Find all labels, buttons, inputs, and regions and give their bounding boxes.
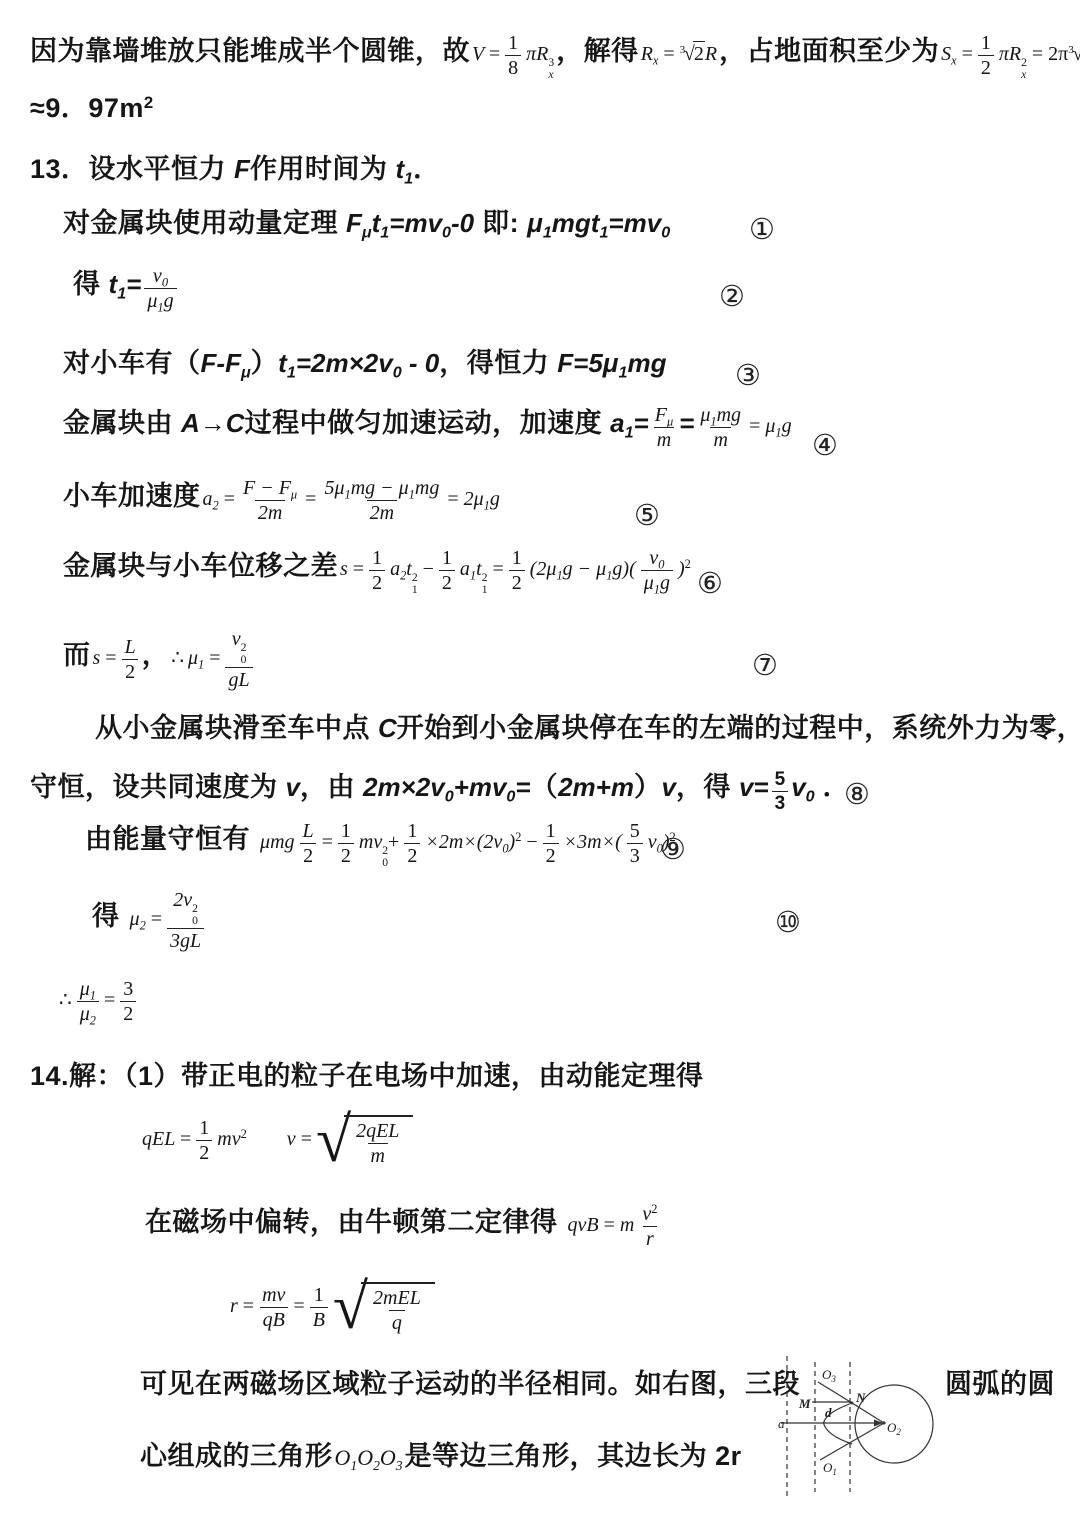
particle-trajectory-figure: a M d N O3 O2 O1 [778, 1352, 940, 1507]
denominator: q [389, 1310, 405, 1334]
radicand: 2qELm [344, 1115, 413, 1168]
figure-geometry [781, 1356, 933, 1496]
cjk-text: 金属块与小车位移之差 [63, 551, 338, 581]
numerator: μ1mg [697, 404, 744, 426]
equation-line-6: 金属块与小车位移之差s =12a2t21 −12a1t21 =12(2μ1g −… [63, 547, 693, 596]
math-run: r = [230, 1295, 254, 1317]
fraction: v0μ1g [641, 547, 673, 595]
cjk-text: 可见在两磁场区域粒子运动的半径相同。如右图，三段 [140, 1369, 800, 1399]
paragraph-arcs-2: 心组成的三角形O1O2O3是等边三角形，其边长为 2r [140, 1440, 742, 1474]
ratio-conclusion-line: ∴μ1μ2=32 [57, 978, 139, 1026]
numerator: mv [259, 1284, 288, 1306]
math-run: = 2μ1g [447, 488, 500, 510]
cjk-text: ≈9．97m2 [30, 93, 154, 123]
math-run: 2m×2v0+mv0= [363, 772, 531, 802]
math-run: 2m+m [558, 772, 634, 802]
denominator: 2 [439, 570, 455, 594]
equation-line-3: 对小车有（F-Fμ）t1=2m×2v0 - 0，得恒力 F=5μ1mg [63, 347, 666, 381]
fraction: Fμm [652, 404, 676, 452]
numerator: F − Fμ [240, 477, 300, 499]
problem-14-heading: 14.解：（1）带正电的粒子在电场中加速，由动能定理得 [30, 1060, 704, 1094]
math-run: ×2m×(2v0)2 − [425, 831, 537, 853]
numerator: μ1 [77, 978, 99, 1000]
math-run: = [104, 989, 115, 1011]
cjk-text: 14.解：（1）带正电的粒子在电场中加速，由动能定理得 [30, 1061, 704, 1091]
math-run: (2μ1g − μ1g)( [530, 558, 636, 580]
fraction: 12 [509, 547, 525, 595]
equation-line-2: 得 t1=v0μ1g [73, 265, 180, 313]
math-run: Rx = 3√2R [641, 43, 717, 65]
cjk-text: 圆弧的圆 [945, 1369, 1055, 1399]
sup-sub-stack: 2x [1021, 57, 1027, 81]
numerator: v20 [229, 628, 250, 666]
cjk-text: （ [531, 772, 559, 802]
denominator: B [310, 1307, 328, 1331]
numerator: 1 [369, 547, 385, 569]
equation-radius: r =mvqB=1B√2mELq [228, 1277, 437, 1338]
equation-line-10: 得 μ2 =2v203gL [92, 889, 207, 953]
equation-badge-6: ⑥ [697, 566, 723, 600]
numerator: 1 [196, 1117, 212, 1139]
sup-sub-stack: 21 [412, 572, 418, 596]
therefore-symbol: ∴ [171, 647, 184, 669]
cjk-text: 对金属块使用动量定理 [63, 208, 346, 238]
numerator: 1 [543, 820, 559, 842]
fraction: 18 [505, 32, 521, 80]
label-m: M [798, 1396, 811, 1411]
cjk-text: 心组成的三角形 [140, 1441, 333, 1471]
equation-line-8: 守恒，设共同速度为 v，由 2m×2v0+mv0=（2m+m）v，得 v=53v… [30, 769, 850, 815]
numerator: L [122, 636, 139, 658]
numerator: 1 [439, 547, 455, 569]
math-run: μ1 = [188, 647, 221, 669]
math-var: F [234, 154, 250, 184]
denominator: 2 [509, 570, 525, 594]
equation-badge-4: ④ [812, 428, 838, 462]
cjk-text: ） [634, 772, 662, 802]
equation-energy-accel: qEL =12mv2v =√2qELm [140, 1110, 415, 1171]
numerator: v2 [639, 1203, 660, 1225]
fraction: μ1μ2 [77, 978, 99, 1026]
numerator: 1 [338, 820, 354, 842]
math-run: = μ1g [749, 415, 792, 437]
math-run: a2t21 − [390, 558, 434, 580]
paragraph-arcs-1: 可见在两磁场区域粒子运动的半径相同。如右图，三段 [140, 1368, 800, 1402]
math-run: F=5μ1mg [557, 348, 666, 378]
math-var: v [286, 772, 300, 802]
denominator: r [643, 1226, 657, 1250]
problem-13-heading: 13．设水平恒力 F作用时间为 t1． [30, 153, 441, 187]
math-run: μ1mgt1=mv0 [527, 208, 670, 238]
numerator: 2qEL [353, 1120, 402, 1142]
sup-sub-stack: 21 [482, 572, 488, 596]
fraction: v0μ1g [144, 265, 176, 313]
cjk-text: 13．设水平恒力 [30, 154, 234, 184]
math-run: = [322, 831, 333, 853]
math-run: qvB = m [568, 1214, 635, 1236]
denominator: μ2 [77, 1001, 99, 1025]
math-run: mv20+ [359, 831, 399, 853]
fraction: 12 [978, 32, 994, 80]
numerator: v0 [646, 547, 667, 569]
equation-line-4: 金属块由 A→C过程中做匀加速运动，加速度 a1=Fμm=μ1mgm= μ1g [63, 404, 794, 452]
fraction: 2mELq [370, 1287, 424, 1335]
equation-line-7: 而s =L2，∴μ1 =v20gL [63, 628, 256, 692]
equation-newton-second-law: 在磁场中偏转，由牛顿第二定律得 qvB = mv2r [145, 1203, 663, 1251]
square-root: √2qELm [316, 1110, 413, 1171]
cjk-text: 得 [73, 269, 109, 299]
math-run: mv2 [217, 1128, 247, 1150]
cjk-text: ，占地面积至少为 [719, 36, 939, 66]
label-o2: O2 [887, 1420, 901, 1437]
fraction: 53 [772, 769, 789, 815]
math-run: Sx = [941, 43, 973, 65]
numerator: 1 [978, 32, 994, 54]
numerator: L [300, 820, 317, 842]
trajectory-svg: a M d N O3 O2 O1 [778, 1352, 940, 1502]
equation-line-1: 对金属块使用动量定理 Fμt1=mv0-0 即: μ1mgt1=mv0 [63, 207, 670, 241]
paragraph-arcs-wrap: 圆弧的圆 [945, 1368, 1055, 1402]
denominator: 2 [300, 843, 316, 867]
denominator: 2 [369, 570, 385, 594]
fraction: 12 [338, 820, 354, 868]
cjk-text: ， [142, 640, 170, 670]
paragraph-momentum-1: 从小金属块滑至车中点 C开始到小金属块停在车的左端的过程中，系统外力为零，动量 [95, 712, 1080, 746]
radical-icon: √ [1072, 43, 1080, 65]
cjk-text: 是等边三角形，其边长为 2r [405, 1441, 742, 1471]
label-n: N [855, 1390, 866, 1405]
cjk-text: 过程中做匀加速运动，加速度 [245, 408, 611, 438]
math-run: s = [93, 647, 117, 669]
denominator: 3gL [167, 928, 204, 952]
fraction: 5μ1mg − μ1mg2m [321, 477, 442, 525]
square-root: √2mELq [333, 1277, 435, 1338]
arrow-right-icon: → [200, 408, 226, 438]
fraction: 12 [196, 1117, 212, 1165]
fraction: v20gL [225, 628, 252, 692]
fraction: F − Fμ2m [240, 477, 300, 525]
fraction: 2v203gL [167, 889, 204, 953]
math-run: πR2x = 2π3√4 [999, 43, 1080, 65]
denominator: 3 [772, 791, 789, 814]
numerator: 5μ1mg − μ1mg [321, 477, 442, 499]
cjk-text: 在磁场中偏转，由牛顿第二定律得 [145, 1207, 566, 1237]
math-run: qEL = [142, 1128, 191, 1150]
equation-line-9: 由能量守恒有 μmgL2=12mv20+12×2m×(2v0)2 −12×3m×… [85, 820, 678, 869]
equation-line-5: 小车加速度a2 =F − Fμ2m=5μ1mg − μ1mg2m= 2μ1g [63, 477, 502, 525]
numerator: 1 [311, 1284, 327, 1306]
denominator: 2 [543, 843, 559, 867]
denominator: 2 [122, 659, 138, 683]
cjk-text: 即: [474, 208, 527, 238]
cjk-text: 因为靠墙堆放只能堆成半个圆锥，故 [30, 36, 470, 66]
cjk-text: 对小车有（ [63, 348, 201, 378]
denominator: 2m [255, 500, 285, 524]
numerator: 3 [120, 978, 136, 1000]
denominator: gL [225, 667, 252, 691]
denominator: m [368, 1143, 388, 1167]
fraction: v2r [639, 1203, 660, 1251]
cjk-text: 由能量守恒有 [85, 824, 258, 854]
cube-root: 3√4 [1068, 43, 1080, 65]
numerator: 5 [627, 820, 643, 842]
fraction: 12 [439, 547, 455, 595]
denominator: 8 [505, 55, 521, 79]
solution-line-result: ≈9．97m2 [30, 92, 154, 126]
equation-badge-1: ① [749, 212, 775, 246]
denominator: 2 [120, 1001, 136, 1025]
denominator: 2 [196, 1140, 212, 1164]
math-run: μ2 = [130, 908, 163, 930]
sup-sub-stack: 3x [548, 57, 554, 81]
sup-sub-stack: 20 [241, 642, 247, 666]
numerator: 1 [404, 820, 420, 842]
math-run: πR3x [526, 43, 554, 65]
math-var: t1 [395, 154, 413, 184]
cjk-text: ，得 [676, 772, 739, 802]
math-run: v = [287, 1128, 312, 1150]
document-page: { "page": {"bg": "#ffffff", "ink": "#161… [0, 0, 1080, 1527]
fraction: μ1mgm [697, 404, 744, 452]
equation-badge-10: ⑩ [775, 905, 801, 939]
numerator: 2mEL [370, 1287, 424, 1309]
math-run: ×3m×( [564, 831, 622, 853]
math-run: = [305, 488, 316, 510]
therefore-symbol: ∴ [59, 989, 72, 1011]
denominator: 3 [627, 843, 643, 867]
math-run: t1= [109, 269, 142, 299]
denominator: m [654, 427, 674, 451]
cjk-text: 从小金属块滑至车中点 [95, 713, 378, 743]
cjk-text: 金属块由 [63, 408, 181, 438]
equation-badge-7: ⑦ [752, 648, 778, 682]
cjk-text: 小车加速度 [63, 481, 201, 511]
math-run: F-Fμ [201, 348, 251, 378]
denominator: μ1g [144, 288, 176, 312]
math-run: = [293, 1295, 304, 1317]
math-run: a1t21 = [460, 558, 504, 580]
denominator: qB [260, 1307, 288, 1331]
cjk-text: ，解得 [556, 36, 639, 66]
arrowhead-icon [874, 1420, 883, 1427]
denominator: μ1g [641, 570, 673, 594]
cjk-text: ，得恒力 [439, 348, 557, 378]
math-run: v= [739, 772, 769, 802]
equation-badge-2: ② [719, 279, 745, 313]
math-run: )2 [678, 558, 691, 580]
fraction: 12 [369, 547, 385, 595]
numerator: Fμ [652, 404, 676, 426]
cjk-text: 守恒，设共同速度为 [30, 772, 286, 802]
math-run: a1= [610, 408, 649, 438]
math-run: μmg [260, 831, 295, 853]
fraction: L2 [300, 820, 317, 868]
fraction: 12 [543, 820, 559, 868]
denominator: 2 [338, 843, 354, 867]
label-o3: O3 [822, 1367, 836, 1384]
cjk-text: 得 [92, 901, 128, 931]
cjk-text: ． [413, 154, 441, 184]
fraction: 2qELm [353, 1120, 402, 1168]
cube-root: 3√2 [680, 43, 705, 65]
solution-line-cone: 因为靠墙堆放只能堆成半个圆锥，故V =18πR3x，解得Rx = 3√2R，占地… [30, 32, 1080, 81]
math-run: = [679, 408, 694, 438]
radius-line-o3-n [818, 1382, 852, 1403]
math-run: v0 [791, 772, 814, 802]
cjk-text: 作用时间为 [250, 154, 396, 184]
denominator: m [710, 427, 730, 451]
cjk-text: 开始到小金属块停在车的左端的过程中，系统外力为零，动量 [397, 713, 1080, 743]
radius-line-o1-o2 [820, 1423, 884, 1460]
fraction: 32 [120, 978, 136, 1026]
math-var: v [661, 772, 675, 802]
fraction: L2 [122, 636, 139, 684]
point-n-dot [851, 1402, 854, 1405]
cjk-text: ，由 [300, 772, 363, 802]
radicand: 2mELq [361, 1282, 435, 1335]
math-run: a2 = [203, 488, 235, 510]
equation-badge-5: ⑤ [634, 498, 660, 532]
label-o1: O1 [823, 1460, 837, 1477]
math-run: s = [340, 558, 364, 580]
numerator: 2v20 [170, 889, 201, 927]
math-run: t1=2m×2v0 - 0 [278, 348, 439, 378]
point-o2-dot [882, 1421, 885, 1424]
label-d: d [825, 1405, 832, 1420]
equation-badge-8: ⑧ [844, 777, 870, 811]
numerator: 5 [772, 769, 789, 790]
math-run: O1O2O3 [335, 1445, 403, 1470]
math-run: Fμt1=mv0-0 [346, 208, 474, 238]
denominator: 2m [367, 500, 397, 524]
sup-sub-stack: 20 [192, 903, 198, 927]
equation-badge-3: ③ [735, 358, 761, 392]
numerator: v0 [150, 265, 171, 287]
fraction: 12 [404, 820, 420, 868]
cjk-text: ） [251, 348, 279, 378]
equation-badge-9: ⑨ [660, 832, 686, 866]
label-a: a [778, 1416, 785, 1431]
fraction: 53 [627, 820, 643, 868]
math-var: V = [472, 43, 500, 65]
cjk-text: 而 [63, 640, 91, 670]
math-run: A→C [181, 408, 245, 438]
fraction: mvqB [259, 1284, 288, 1332]
numerator: 1 [505, 32, 521, 54]
math-var: C [378, 713, 397, 743]
denominator: 2 [978, 55, 994, 79]
denominator: 2 [404, 843, 420, 867]
numerator: 1 [509, 547, 525, 569]
fraction: 1B [310, 1284, 328, 1332]
